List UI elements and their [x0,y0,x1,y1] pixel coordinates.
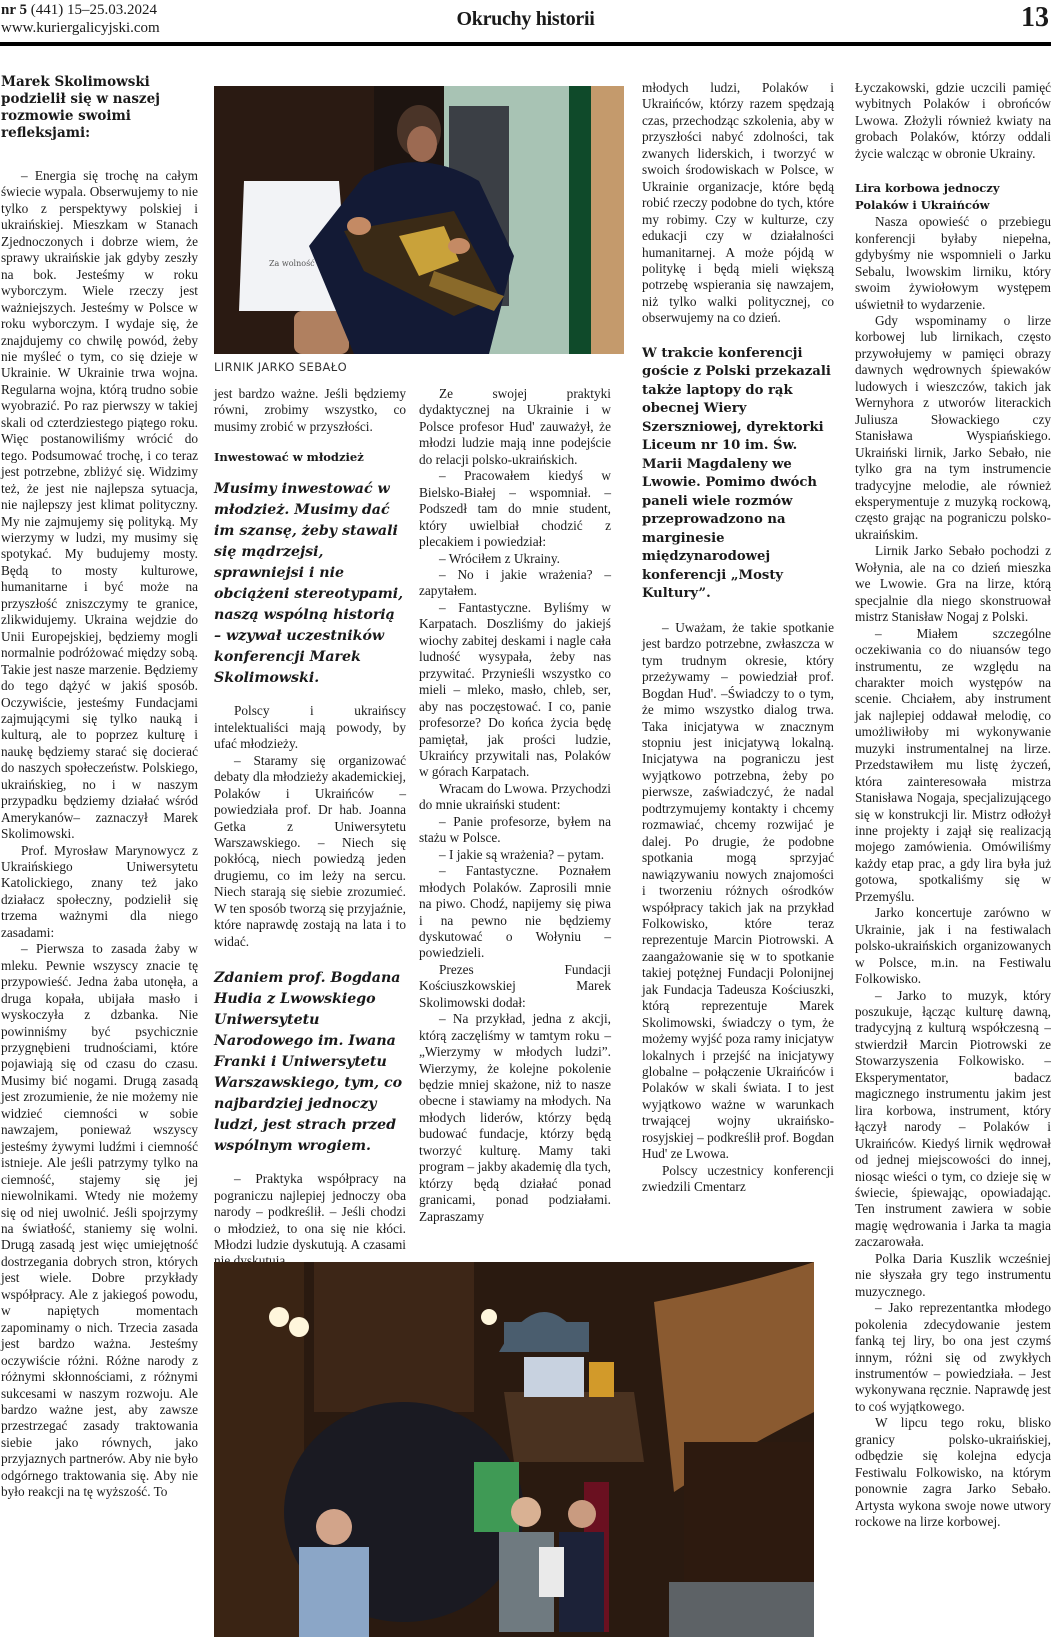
paragraph: – Wróciłem z Ukrainy. [419,551,611,567]
lirnik-photo-illustration: Za wolność n… [214,86,624,354]
paragraph: – Energia się trochę na całym świecie wy… [1,168,198,843]
paragraph: – Jarko to muzyk, który poszukuje, łączą… [855,988,1051,1251]
column-1: Marek Skolimowski podzielił się w naszej… [1,74,198,1501]
paragraph: Polka Daria Kuszlik wcześniej nie słysza… [855,1251,1051,1300]
paragraph: – Jako reprezentantka młodego pokolenia … [855,1300,1051,1415]
header-rule [0,42,1051,46]
paragraph: Lirnik Jarko Sebało pochodzi z Wołynia, … [855,543,1051,625]
paragraph: jest bardzo ważne. Jeśli będziemy równi,… [214,386,406,435]
paragraph: – Uważam, że takie spotkanie jest bardzo… [642,620,834,1163]
paragraph: Gdy wspominamy o lirze korbowej lub lirn… [855,313,1051,543]
subheading: Lira korbowa jednoczy Polaków i Ukraińcó… [855,180,1051,214]
photo-caption: LIRNIK JARKO SEBAŁO [214,360,347,374]
paragraph: – Miałem szczególne oczekiwania co do ni… [855,626,1051,906]
column-2: jest bardzo ważne. Jeśli będziemy równi,… [214,386,406,1270]
paragraph: Łyczakowski, gdzie uczcili pamięć wybitn… [855,80,1051,162]
paragraph: W lipcu tego roku, blisko granicy polsko… [855,1415,1051,1530]
paragraph: Polscy uczestnicy konferencji zwiedzili … [642,1163,834,1196]
column-4: młodych ludzi, Polaków i Ukraińców, któr… [642,80,834,1196]
paragraph: Nasza opowieść o przebiegu konferencji b… [855,214,1051,313]
pull-quote: Zdaniem prof. Bogdana Hudia z Lwowskiego… [214,968,406,1157]
bold-highlight: W trakcie konferencji goście z Polski pr… [642,345,834,604]
paragraph: Polscy i ukraińscy intelektualiści mają … [214,703,406,752]
photo-group-staircase [214,1262,814,1637]
paragraph: – Pierwsza to zasada żaby w mleku. Pewni… [1,941,198,1500]
paragraph: – Pracowałem kiedyś w Bielsko-Białej – w… [419,468,611,550]
section-title: Okruchy historii [0,8,1051,31]
paragraph: – Fantastyczne. Poznałem młodych Polaków… [419,863,611,962]
paragraph: – Na przykład, jedna z akcji, którą zacz… [419,1011,611,1225]
pull-quote: Musimy inwestować w młodzież. Musimy dać… [214,479,406,689]
paragraph: Ze swojej praktyki dydaktycznej na Ukrai… [419,386,611,468]
paragraph: Prof. Myrosław Marynowycz z Ukraińskiego… [1,843,198,942]
lead-heading: Marek Skolimowski podzielił się w naszej… [1,74,198,142]
column-5: Łyczakowski, gdzie uczcili pamięć wybitn… [855,80,1051,1531]
column-3: Ze swojej praktyki dydaktycznej na Ukrai… [419,386,611,1225]
paragraph: młodych ludzi, Polaków i Ukraińców, któr… [642,80,834,327]
paragraph: – No i jakie wrażenia? – zapytałem. [419,567,611,600]
paragraph: – Staramy się organizować debaty dla mło… [214,753,406,950]
subheading: Inwestować w młodzież [214,449,406,465]
paragraph: – Fantastyczne. Byliśmy w Karpatach. Dos… [419,600,611,781]
paragraph: Jarko koncertuje zarówno w Ukrainie, jak… [855,905,1051,987]
page-number: 13 [1021,2,1049,34]
paragraph: – I jakie są wrażenia? – pytam. [419,847,611,863]
photo-lirnik: Za wolność n… [214,86,624,354]
paragraph: Wracam do Lwowa. Przychodzi do mnie ukra… [419,781,611,814]
page-header: nr 5 (441) 15–25.03.2024 www.kuriergalic… [0,0,1051,44]
paragraph: – Praktyka współpracy na pograniczu najl… [214,1171,406,1270]
group-photo-illustration [214,1262,814,1637]
paragraph: Prezes Fundacji Kościuszkowskiej Marek S… [419,962,611,1011]
paragraph: – Panie profesorze, byłem na stażu w Pol… [419,814,611,847]
